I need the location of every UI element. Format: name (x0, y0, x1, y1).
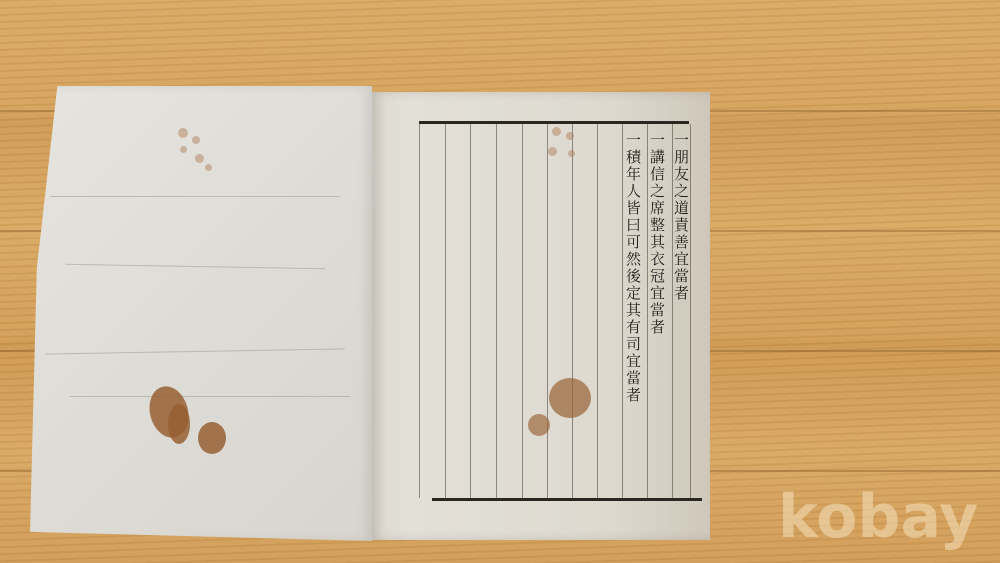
paper-crack (50, 196, 340, 197)
column-rule (496, 124, 497, 498)
foxing-spot (568, 150, 575, 157)
foxing-spot (178, 128, 188, 138)
page-frame-top (419, 121, 689, 124)
water-stain (528, 414, 550, 436)
column-rule (547, 124, 548, 498)
paper-crack (45, 348, 345, 354)
foxing-spot (552, 127, 561, 136)
page-frame-bottom (432, 498, 702, 501)
paper-crack (70, 396, 350, 397)
text-column-2: 一講信之席整其衣冠宜當者 (648, 132, 666, 336)
column-rule (419, 124, 420, 498)
right-page-text: 一朋友之道責善宜當者 一講信之席整其衣冠宜當者 一積年人皆曰可然後定其有司宜當者 (372, 92, 710, 540)
column-rule (597, 124, 598, 498)
foxing-spot (548, 147, 557, 156)
foxing-spot (195, 154, 204, 163)
foxing-spot (205, 164, 212, 171)
foxing-spot (192, 136, 200, 144)
column-rule (690, 124, 691, 498)
open-book: 一朋友之道責善宜當者 一講信之席整其衣冠宜當者 一積年人皆曰可然後定其有司宜當者 (30, 86, 712, 546)
water-stain (168, 404, 190, 444)
text-column-3: 一積年人皆曰可然後定其有司宜當者 (624, 132, 642, 404)
water-stain (549, 378, 591, 418)
column-rule (522, 124, 523, 498)
kobay-watermark: kobay (778, 482, 978, 552)
column-rule (470, 124, 471, 498)
text-column-1: 一朋友之道責善宜當者 (672, 132, 690, 302)
column-rule (572, 124, 573, 498)
column-rule (622, 124, 623, 498)
column-rule (445, 124, 446, 498)
foxing-spot (180, 146, 187, 153)
water-stain (198, 422, 226, 454)
foxing-spot (566, 132, 574, 140)
left-page-cover (30, 86, 372, 541)
paper-crack (65, 264, 325, 270)
